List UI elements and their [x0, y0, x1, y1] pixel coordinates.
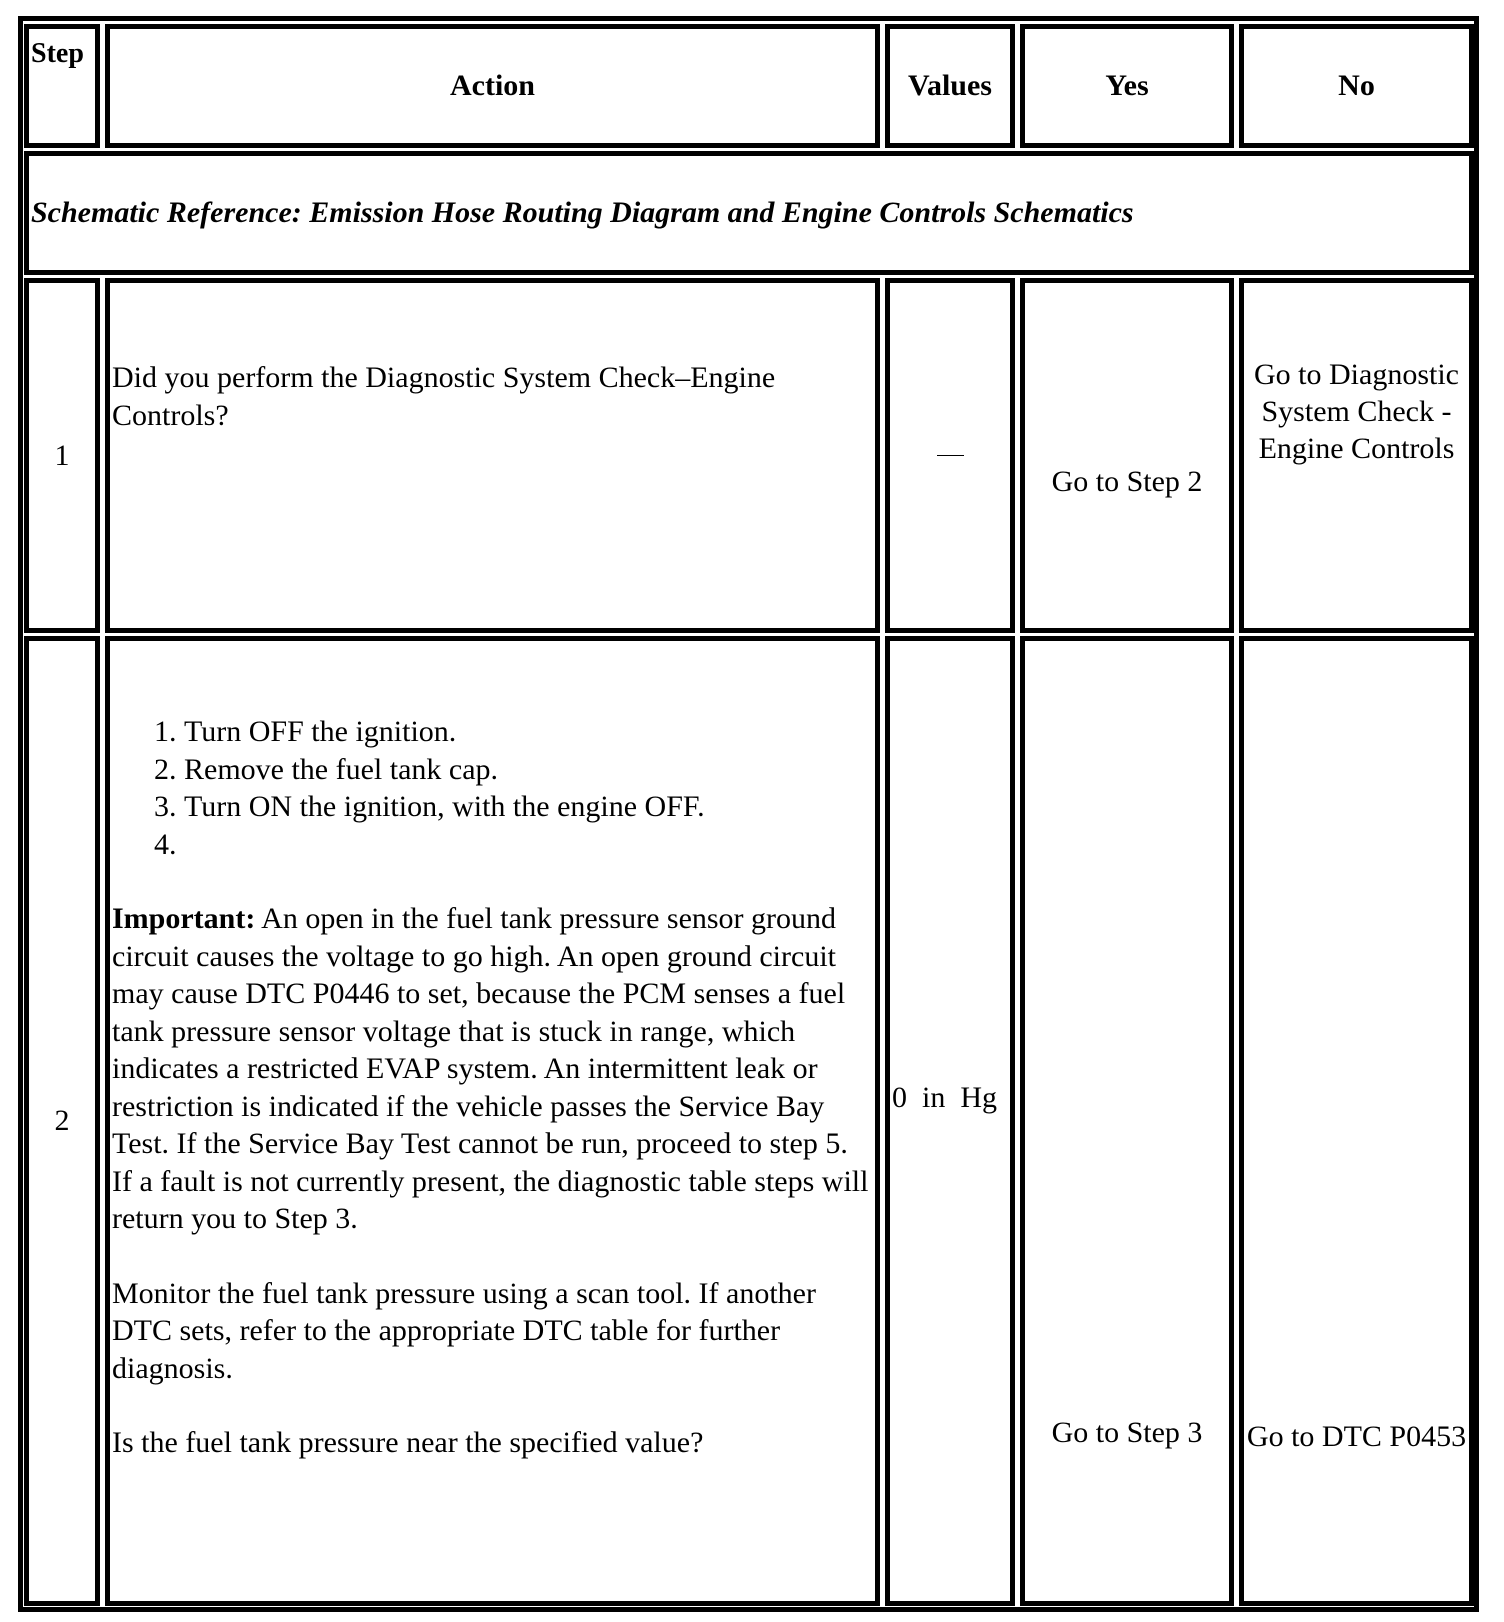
header-no: No	[1239, 24, 1474, 148]
not-applicable-dash	[937, 455, 964, 456]
diagnostic-table: Step Action Values Yes No Schematic Refe…	[18, 16, 1479, 1612]
no-link-diagnostic-system-check[interactable]: Go to Diagnostic System Check - Engine C…	[1244, 356, 1469, 467]
step-number-1: 1	[24, 278, 100, 633]
action-step-item: Remove the fuel tank cap.	[184, 751, 873, 789]
no-link-go-to-dtc-p0453[interactable]: Go to DTC P0453	[1244, 1418, 1469, 1455]
header-action: Action	[105, 24, 880, 148]
action-cell-1: Did you perform the Diagnostic System Ch…	[105, 278, 880, 633]
yes-cell-1: Go to Step 2	[1020, 278, 1234, 633]
header-step: Step	[24, 24, 100, 148]
action-step-item: Turn OFF the ignition.	[184, 713, 873, 751]
step-number-2: 2	[24, 636, 100, 1606]
yes-link-go-to-step-3[interactable]: Go to Step 3	[1025, 1414, 1229, 1452]
action-steps-list: Turn OFF the ignition. Remove the fuel t…	[112, 713, 873, 863]
yes-cell-2: Go to Step 3	[1020, 636, 1234, 1606]
question-text: Is the fuel tank pressure near the speci…	[112, 1424, 873, 1462]
action-text-1: Did you perform the Diagnostic System Ch…	[112, 361, 775, 432]
action-cell-2: Turn OFF the ignition. Remove the fuel t…	[105, 636, 880, 1606]
yes-link-go-to-step-2[interactable]: Go to Step 2	[1025, 463, 1229, 501]
no-cell-2: Go to DTC P0453	[1239, 636, 1474, 1606]
important-label: Important:	[112, 902, 255, 935]
values-cell-2: 0 in Hg	[885, 636, 1015, 1606]
specified-value: 0 in Hg	[892, 1079, 997, 1117]
action-step-item: Turn ON the ignition, with the engine OF…	[184, 788, 873, 826]
header-values: Values	[885, 24, 1015, 148]
values-cell-1	[885, 278, 1015, 633]
schematic-reference: Schematic Reference: Emission Hose Routi…	[24, 151, 1474, 275]
header-yes: Yes	[1020, 24, 1234, 148]
monitor-instruction: Monitor the fuel tank pressure using a s…	[112, 1275, 873, 1388]
important-text: An open in the fuel tank pressure sensor…	[112, 902, 868, 1235]
important-note: Important: An open in the fuel tank pres…	[112, 900, 873, 1238]
no-cell-1: Go to Diagnostic System Check - Engine C…	[1239, 278, 1474, 633]
action-step-item	[184, 826, 873, 864]
